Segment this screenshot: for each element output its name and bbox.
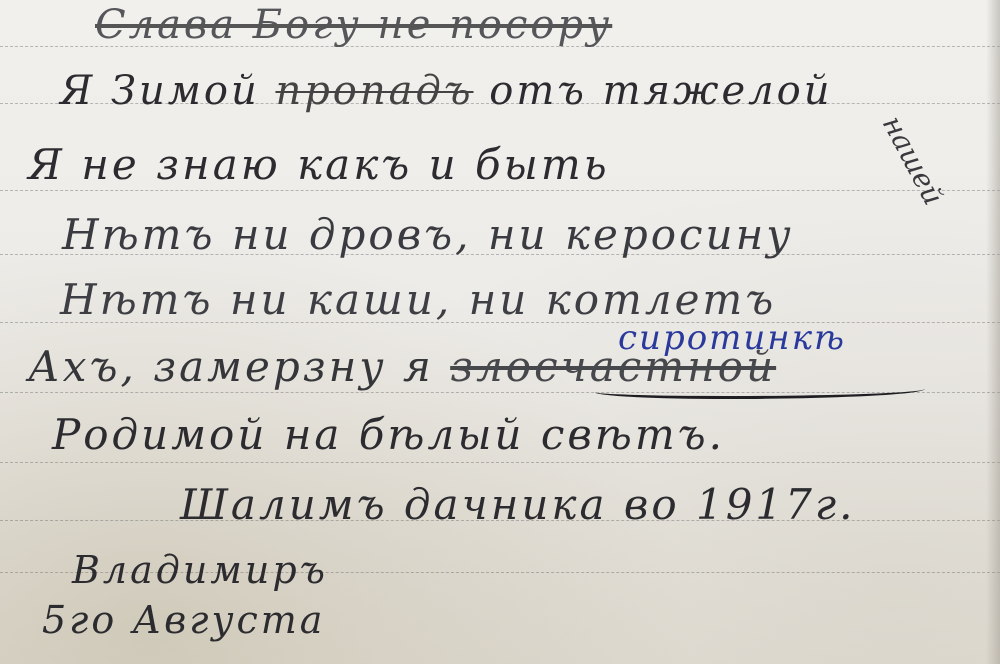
ruled-line bbox=[0, 190, 1000, 191]
handwritten-line-7: Родимой на бѣлый свѣтъ. bbox=[52, 410, 725, 459]
date-line: 5го Августа bbox=[42, 598, 325, 642]
handwritten-line-3: Я не знаю какъ и быть bbox=[28, 140, 610, 189]
handwritten-line-5: Нѣтъ ни каши, ни котлетъ bbox=[60, 275, 776, 324]
signature-line: Шалимъ дачника во 1917г. bbox=[180, 480, 855, 529]
blue-ink-correction: сиротинкѣ bbox=[618, 318, 846, 358]
paper-edge bbox=[986, 0, 1000, 664]
handwritten-line-4: Нѣтъ ни дровъ, ни керосину bbox=[62, 210, 794, 259]
handwritten-line-2: Я Зимой пропадъ отъ тяжелой bbox=[60, 68, 833, 114]
struck-word: пропадъ bbox=[275, 68, 473, 114]
handwritten-line-1: Слава Богу не посору bbox=[95, 2, 612, 48]
ruled-line bbox=[0, 462, 1000, 463]
place-line: Владимиръ bbox=[72, 548, 328, 592]
